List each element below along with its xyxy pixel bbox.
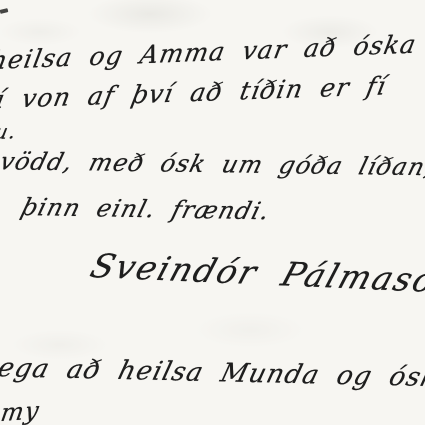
handwritten-line-5: lega að heilsa Munda og óskar: [0, 353, 425, 394]
scanned-letter-page: heilsa og Amma var að óska í von af því …: [0, 0, 425, 425]
scan-artifact-mark: [0, 8, 8, 14]
handwritten-line-fragment-left: u.: [0, 119, 19, 144]
handwritten-line-2: í von af því að tíðin er fí: [0, 71, 389, 114]
handwritten-line-4-closing: þinn einl. frændi.: [18, 193, 273, 225]
handwritten-line-1: heilsa og Amma var að óska: [0, 30, 419, 76]
handwritten-line-3: kvödd, með ósk um góða líðan, fyrir: [0, 147, 425, 182]
handwritten-line-fragment-bottom: my: [0, 396, 42, 425]
signature: Sveindór Pálmason: [86, 246, 425, 301]
